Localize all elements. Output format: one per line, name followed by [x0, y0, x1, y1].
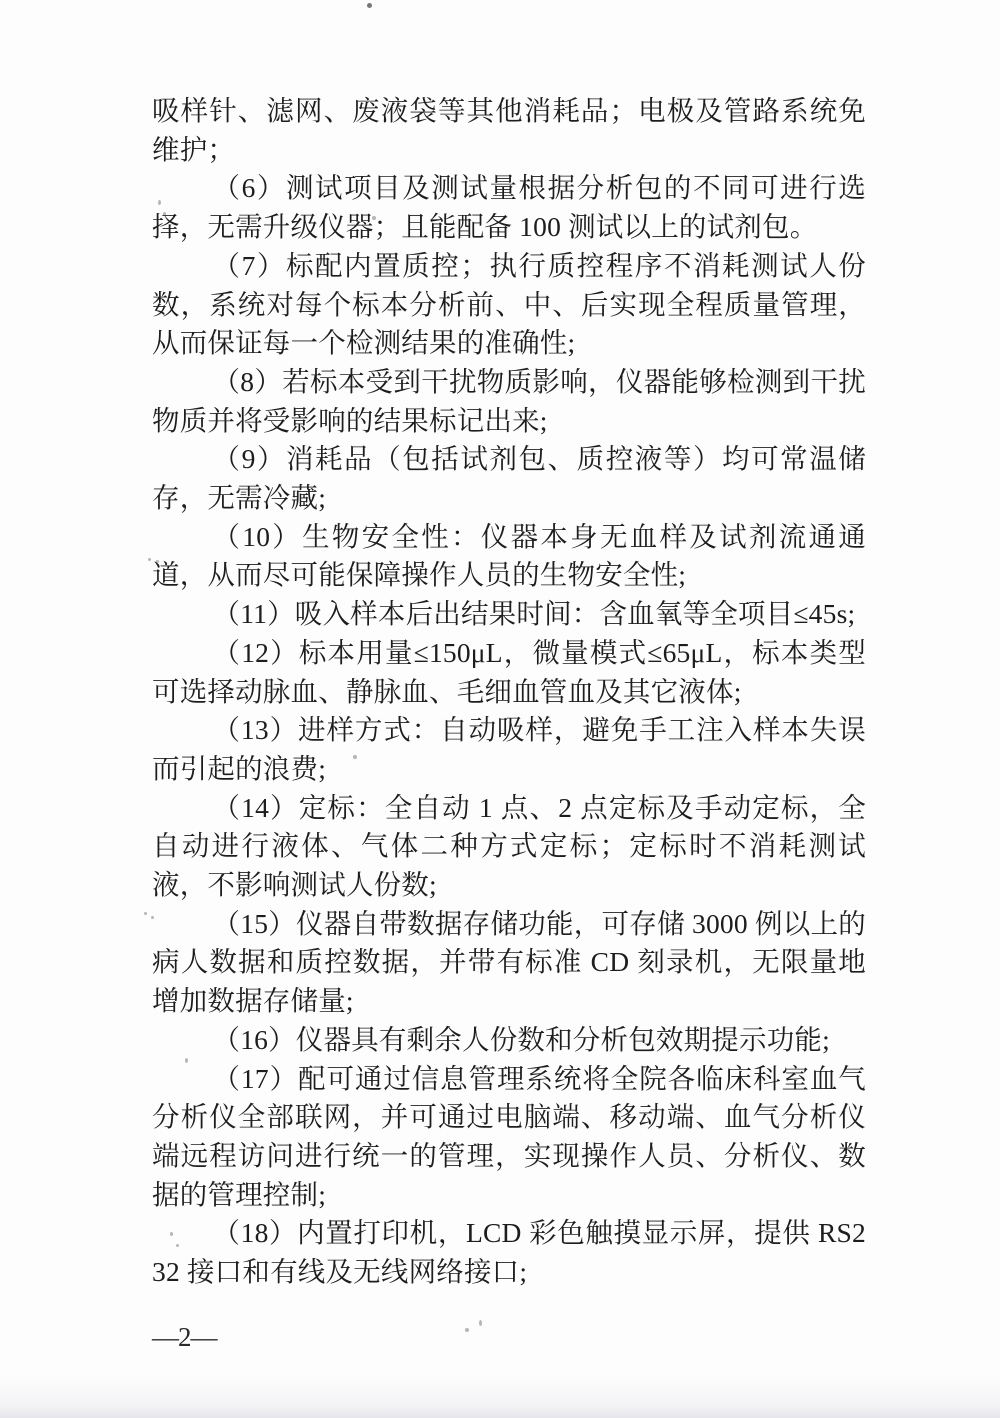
paragraph: （11）吸入样本后出结果时间：含血氧等全项目≤45s;	[152, 595, 866, 634]
scan-speck	[144, 912, 147, 915]
paragraph: （14）定标：全自动 1 点、2 点定标及手动定标，全自动进行液体、气体二种方式…	[152, 789, 866, 905]
scan-speck	[185, 1058, 188, 1063]
document-body: 吸样针、滤网、废液袋等其他消耗品；电极及管路系统免维护；（6）测试项目及测试量根…	[152, 92, 866, 1292]
paragraph: （8）若标本受到干扰物质影响，仪器能够检测到干扰物质并将受影响的结果标记出来;	[152, 363, 866, 440]
paragraph: 吸样针、滤网、废液袋等其他消耗品；电极及管路系统免维护；	[152, 92, 866, 169]
paragraph: （7）标配内置质控；执行质控程序不消耗测试人份数，系统对每个标本分析前、中、后实…	[152, 247, 866, 363]
scan-speck	[372, 216, 376, 220]
scan-speck	[170, 1232, 173, 1236]
scan-speck	[479, 1320, 482, 1326]
document-page: 吸样针、滤网、废液袋等其他消耗品；电极及管路系统免维护；（6）测试项目及测试量根…	[0, 0, 1000, 1418]
paragraph: （12）标本用量≤150μL，微量模式≤65μL，标本类型可选择动脉血、静脉血、…	[152, 634, 866, 711]
scan-speck	[465, 1328, 469, 1332]
paragraph: （18）内置打印机，LCD 彩色触摸显示屏，提供 RS232 接口和有线及无线网…	[152, 1214, 866, 1291]
scan-speck	[158, 200, 161, 205]
paragraph: （16）仪器具有剩余人份数和分析包效期提示功能;	[152, 1021, 866, 1060]
page-number: —2—	[152, 1322, 217, 1353]
scan-edge-shadow	[0, 1376, 1000, 1418]
scan-speck	[176, 1244, 179, 1247]
paragraph: （15）仪器自带数据存储功能，可存储 3000 例以上的病人数据和质控数据，并带…	[152, 905, 866, 1021]
scan-speck	[163, 212, 166, 216]
paragraph: （13）进样方式：自动吸样，避免手工注入样本失误而引起的浪费;	[152, 711, 866, 788]
scan-speck	[151, 916, 154, 919]
paragraph: （9）消耗品（包括试剂包、质控液等）均可常温储存，无需冷藏;	[152, 440, 866, 517]
scan-speck	[353, 755, 357, 759]
scan-speck	[367, 3, 372, 8]
scan-speck	[148, 558, 151, 561]
paragraph: （17）配可通过信息管理系统将全院各临床科室血气分析仪全部联网，并可通过电脑端、…	[152, 1060, 866, 1215]
paragraph: （10）生物安全性：仪器本身无血样及试剂流通通道，从而尽可能保障操作人员的生物安…	[152, 518, 866, 595]
paragraph: （6）测试项目及测试量根据分析包的不同可进行选择，无需升级仪器；且能配备 100…	[152, 169, 866, 246]
scan-speck	[156, 560, 159, 563]
